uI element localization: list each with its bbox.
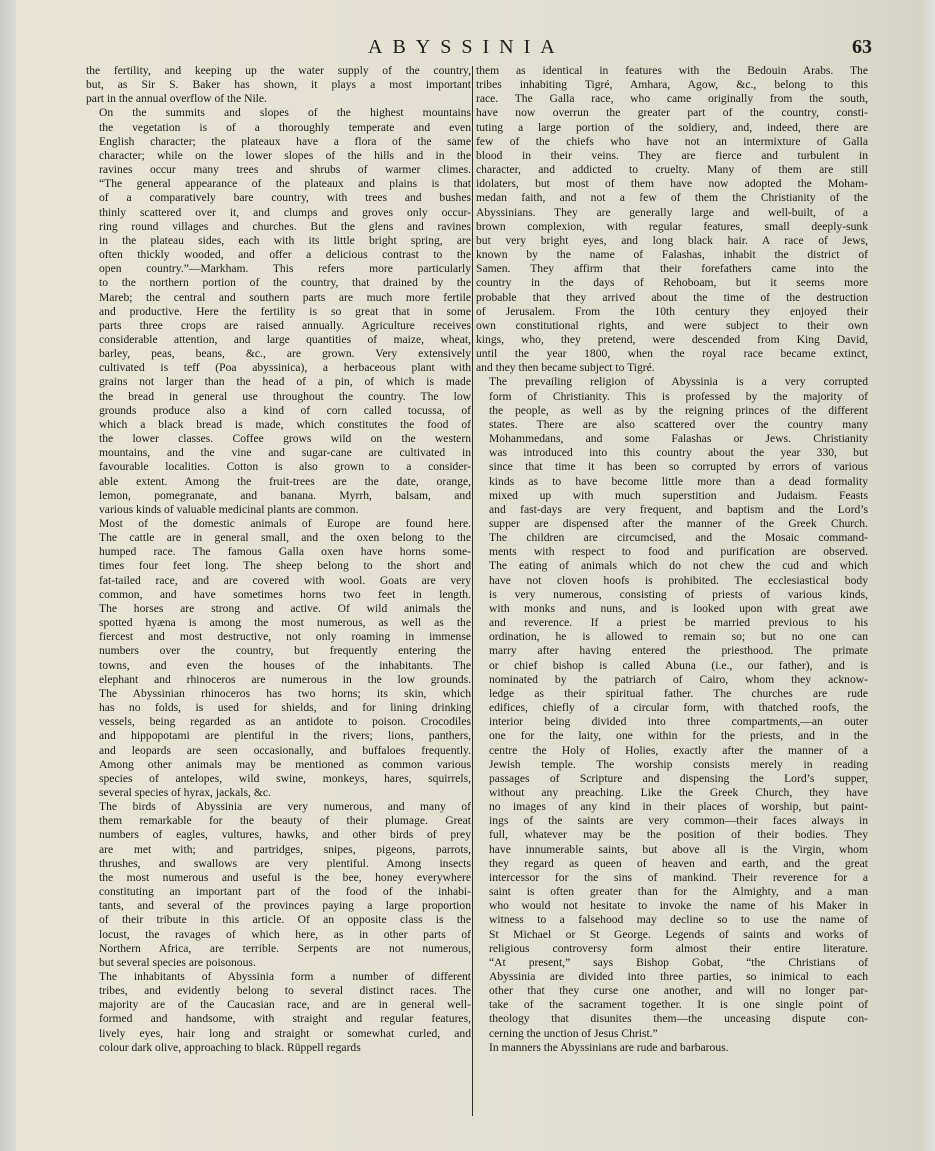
text-line: race. The Galla race, who came originall… — [476, 92, 868, 106]
text-line: until the year 1800, when the royal race… — [476, 347, 868, 361]
text-line: vessels, being regarded as an antidote t… — [86, 715, 471, 729]
text-line: own constitutional rights, and were subj… — [476, 319, 868, 333]
paragraph: In manners the Abyssinians are rude and … — [476, 1041, 868, 1055]
page-number: 63 — [852, 36, 872, 59]
text-line: Most of the domestic animals of Europe a… — [86, 517, 471, 531]
text-line: of their tribute in this article. Of an … — [86, 913, 471, 927]
text-line: ordination, he is allowed to remain so; … — [476, 630, 868, 644]
text-line: The Abyssinian rhinoceros has two horns;… — [86, 687, 471, 701]
book-page: ABYSSINIA 63 the fertility, and keeping … — [16, 0, 935, 1151]
text-line: medan faith, and not a few of them the C… — [476, 191, 868, 205]
text-line: they regard as queen of heaven and earth… — [476, 857, 868, 871]
text-line: ravines occur many trees and shrubs of w… — [86, 163, 471, 177]
column-divider — [472, 66, 473, 1116]
text-line: the lower classes. Coffee grows wild on … — [86, 432, 471, 446]
text-line: who would not hesitate to invoke the nam… — [476, 899, 868, 913]
text-line: On the summits and slopes of the highest… — [86, 106, 471, 120]
text-line: are met with; and partridges, snipes, pi… — [86, 843, 471, 857]
text-line: barley, peas, beans, &c., are grown. Ver… — [86, 347, 471, 361]
running-title: ABYSSINIA — [368, 36, 565, 59]
text-line: ring round villages and churches. But th… — [86, 220, 471, 234]
text-line: ledge as their spiritual father. The chu… — [476, 687, 868, 701]
text-line: is very numerous, consisting of priests … — [476, 588, 868, 602]
text-line: common, and have sometimes horns two fee… — [86, 588, 471, 602]
text-line: fiercest and most destructive, not only … — [86, 630, 471, 644]
text-line: constituting an important part of the fo… — [86, 885, 471, 899]
text-line: Jewish temple. The worship consists mere… — [476, 758, 868, 772]
text-line: The inhabitants of Abyssinia form a numb… — [86, 970, 471, 984]
text-line: formed and handsome, with straight and r… — [86, 1012, 471, 1026]
text-line: blood in their veins. They are fierce an… — [476, 149, 868, 163]
text-line: other that they curse one another, and w… — [476, 984, 868, 998]
text-line: character; while on the lower slopes of … — [86, 149, 471, 163]
text-line: edifices, chiefly of a circular form, wi… — [476, 701, 868, 715]
text-line: saint is often greater than for the Almi… — [476, 885, 868, 899]
text-line: character, and addicted to cruelty. Many… — [476, 163, 868, 177]
text-line: religious controversy form almost their … — [476, 942, 868, 956]
text-line: Samen. They affirm that their forefather… — [476, 262, 868, 276]
text-line: known by the name of Falashas, inhabit t… — [476, 248, 868, 262]
scan-right-margin — [921, 0, 935, 1151]
text-line: marry after having entered the priesthoo… — [476, 644, 868, 658]
text-line: numbers of eagles, vultures, hawks, and … — [86, 828, 471, 842]
text-line: brown complexion, with regular features,… — [476, 220, 868, 234]
text-line: since that time it has been so corrupted… — [476, 460, 868, 474]
paragraph: On the summits and slopes of the highest… — [86, 106, 471, 517]
text-line: which a black bread is made, which const… — [86, 418, 471, 432]
text-line: but very bright eyes, and long black hai… — [476, 234, 868, 248]
text-line: The children are circumcised, and the Mo… — [476, 531, 868, 545]
text-line: them remarkable for the beauty of their … — [86, 814, 471, 828]
text-line: probable that they arrived about the tim… — [476, 291, 868, 305]
text-line: nominated by the patriarch of Cairo, who… — [476, 673, 868, 687]
text-line: have now overrun the greater part of the… — [476, 106, 868, 120]
scan-left-margin — [0, 0, 16, 1151]
text-line: and leopards are seen occasionally, and … — [86, 744, 471, 758]
text-line: cultivated is teff (Poa abyssinica), a h… — [86, 361, 471, 375]
text-line: the vegetation is of a thoroughly temper… — [86, 121, 471, 135]
text-line: The prevailing religion of Abyssinia is … — [476, 375, 868, 389]
text-line: kinds as to have become little more than… — [476, 475, 868, 489]
text-line: open country.”—Markham. This refers more… — [86, 262, 471, 276]
text-line: elephant and rhinoceros are numerous in … — [86, 673, 471, 687]
text-line: majority are of the Caucasian race, and … — [86, 998, 471, 1012]
paragraph: them as identical in features with the B… — [476, 64, 868, 375]
text-line: humped race. The famous Galla oxen have … — [86, 545, 471, 559]
text-line: thinly scattered over it, and clumps and… — [86, 206, 471, 220]
text-line: often thickly wooded, and offer a delici… — [86, 248, 471, 262]
text-line: locust, the ravages of which here, as in… — [86, 928, 471, 942]
text-line: The horses are strong and active. Of wil… — [86, 602, 471, 616]
text-line: intercessor for the sins of mankind. The… — [476, 871, 868, 885]
text-line: mixed up with much superstition and Juda… — [476, 489, 868, 503]
paragraph: Most of the domestic animals of Europe a… — [86, 517, 471, 800]
text-line: lively eyes, hair long and straight or s… — [86, 1027, 471, 1041]
text-line: fat-tailed race, and are covered with wo… — [86, 574, 471, 588]
text-line: the most numerous and useful is the bee,… — [86, 871, 471, 885]
text-line: St Michael or St George. Legends of sain… — [476, 928, 868, 942]
text-line: Northern Africa, are terrible. Serpents … — [86, 942, 471, 956]
paragraph: the fertility, and keeping up the water … — [86, 64, 471, 106]
text-line: In manners the Abyssinians are rude and … — [476, 1041, 868, 1055]
text-line: form of Christianity. This is professed … — [476, 390, 868, 404]
text-line: take of the sacrament together. It is on… — [476, 998, 868, 1012]
text-line: and productive. Here the fertility is so… — [86, 305, 471, 319]
text-line: and they then became subject to Tigré. — [476, 361, 868, 375]
text-line: times four feet long. The sheep belong t… — [86, 559, 471, 573]
text-line: favourable localities. Cotton is also gr… — [86, 460, 471, 474]
text-line: them as identical in features with the B… — [476, 64, 868, 78]
text-line: no images of any kind in their places of… — [476, 800, 868, 814]
text-line: numbers over the country, but frequently… — [86, 644, 471, 658]
text-line: have not cloven hoofs is prohibited. The… — [476, 574, 868, 588]
text-line: and reverence. If a priest be married pr… — [476, 616, 868, 630]
text-line: and hippopotami are plentiful in the riv… — [86, 729, 471, 743]
text-line: “The general appearance of the plateaux … — [86, 177, 471, 191]
text-line: without any preaching. Like the Greek Ch… — [476, 786, 868, 800]
text-line: spotted hyæna is among the most numerous… — [86, 616, 471, 630]
text-line: but several species are poisonous. — [86, 956, 471, 970]
text-line: several species of hyrax, jackals, &c. — [86, 786, 471, 800]
right-column: them as identical in features with the B… — [476, 64, 868, 1055]
text-line: considerable attention, and large quanti… — [86, 333, 471, 347]
text-line: The eating of animals which do not chew … — [476, 559, 868, 573]
text-line: the people, as well as by the reigning p… — [476, 404, 868, 418]
text-line: the fertility, and keeping up the water … — [86, 64, 471, 78]
text-line: tuting a large portion of the soldiery, … — [476, 121, 868, 135]
text-line: of a comparatively bare country, with tr… — [86, 191, 471, 205]
text-line: witness to a falsehood may decline so to… — [476, 913, 868, 927]
paragraph: The birds of Abyssinia are very numerous… — [86, 800, 471, 970]
text-line: supper are dispensed after the manner of… — [476, 517, 868, 531]
text-line: parts three crops are raised annually. A… — [86, 319, 471, 333]
text-line: The birds of Abyssinia are very numerous… — [86, 800, 471, 814]
text-line: theology that disunites them—the unceasi… — [476, 1012, 868, 1026]
text-line: Mohammedans, and some Falashas or Jews. … — [476, 432, 868, 446]
text-line: cerning the unction of Jesus Christ.” — [476, 1027, 868, 1041]
text-line: few of the chiefs who have not an interm… — [476, 135, 868, 149]
text-line: ments with respect to food and purificat… — [476, 545, 868, 559]
text-line: part in the annual overflow of the Nile. — [86, 92, 471, 106]
text-line: the bread in general use throughout the … — [86, 390, 471, 404]
text-line: country in the days of Rehoboam, but it … — [476, 276, 868, 290]
paragraph: The prevailing religion of Abyssinia is … — [476, 375, 868, 1040]
text-line: and fast-days are very frequent, and bap… — [476, 503, 868, 517]
text-line: able extent. Among the fruit-trees are t… — [86, 475, 471, 489]
text-line: The cattle are in general small, and the… — [86, 531, 471, 545]
text-line: idolaters, but most of them have now ado… — [476, 177, 868, 191]
running-head: ABYSSINIA 63 — [16, 36, 935, 60]
text-line: one for the laity, one within for the pr… — [476, 729, 868, 743]
text-line: to the northern portion of the country, … — [86, 276, 471, 290]
text-line: interior being divided into three compar… — [476, 715, 868, 729]
text-line: in the plateau sides, each with its litt… — [86, 234, 471, 248]
text-line: ings of the saints are very common—their… — [476, 814, 868, 828]
text-line: of Jerusalem. From the 10th century they… — [476, 305, 868, 319]
text-line: English character; the plateaux have a f… — [86, 135, 471, 149]
text-line: tribes inhabiting Tigré, Amhara, Agow, &… — [476, 78, 868, 92]
text-line: towns, and even the houses of the inhabi… — [86, 659, 471, 673]
text-line: tribes, and evidently belong to several … — [86, 984, 471, 998]
text-line: thrushes, and swallows are very plentifu… — [86, 857, 471, 871]
text-line: mountains, and the vine and sugar-cane a… — [86, 446, 471, 460]
text-line: have innumerable saints, but above all i… — [476, 843, 868, 857]
text-line: was introduced into this country about t… — [476, 446, 868, 460]
text-line: but, as Sir S. Baker has shown, it plays… — [86, 78, 471, 92]
text-line: lemon, pomegranate, and banana. Myrrh, b… — [86, 489, 471, 503]
text-line: passages of Scripture and dispensing the… — [476, 772, 868, 786]
text-line: has no folds, is used for shields, and f… — [86, 701, 471, 715]
text-line: full, whatever may be the position of th… — [476, 828, 868, 842]
text-line: various kinds of valuable medicinal plan… — [86, 503, 471, 517]
text-line: or chief bishop is called Abuna (i.e., o… — [476, 659, 868, 673]
left-column: the fertility, and keeping up the water … — [86, 64, 471, 1055]
text-line: Abyssinia are divided into three parties… — [476, 970, 868, 984]
text-line: with monks and nuns, and is looked upon … — [476, 602, 868, 616]
text-line: species of antelopes, wild swine, monkey… — [86, 772, 471, 786]
text-line: centre the Holy of Holies, exactly after… — [476, 744, 868, 758]
text-line: kings, who, they pretend, were descended… — [476, 333, 868, 347]
text-line: grounds produce also a kind of corn call… — [86, 404, 471, 418]
text-line: colour dark olive, approaching to black.… — [86, 1041, 471, 1055]
text-line: Mareb; the central and southern parts ar… — [86, 291, 471, 305]
paragraph: The inhabitants of Abyssinia form a numb… — [86, 970, 471, 1055]
text-line: “At present,” says Bishop Gobat, “the Ch… — [476, 956, 868, 970]
text-line: Abyssinians. They are generally large an… — [476, 206, 868, 220]
text-line: grains not larger than the head of a pin… — [86, 375, 471, 389]
text-line: Among other animals may be mentioned as … — [86, 758, 471, 772]
text-line: states. There are also scattered over th… — [476, 418, 868, 432]
text-line: tants, and several of the provinces payi… — [86, 899, 471, 913]
